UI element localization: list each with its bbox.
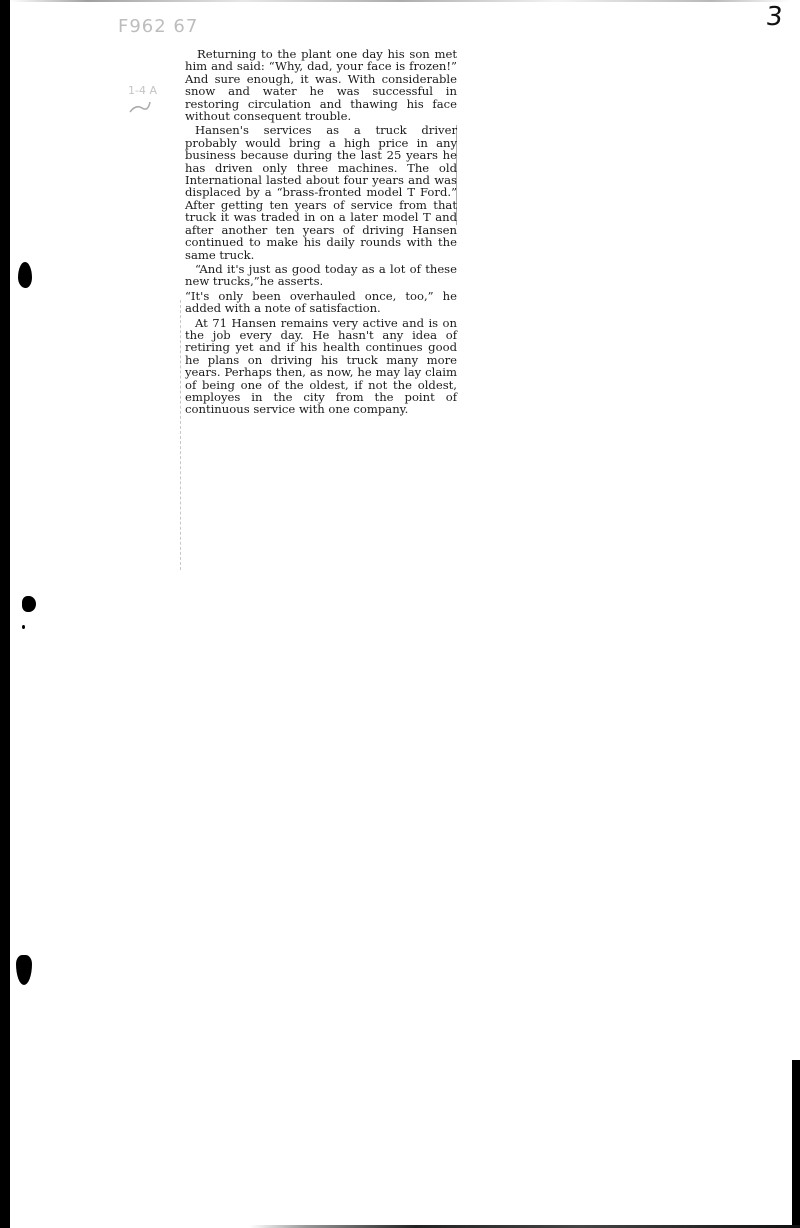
binder-hole-dot <box>22 625 25 629</box>
article-paragraph: Hansen's services as a truck driver prob… <box>185 124 457 260</box>
binder-hole-mark <box>22 596 36 612</box>
binder-hole-mark <box>16 955 32 985</box>
article-paragraph: “It's only been overhauled once, too,” h… <box>185 290 457 315</box>
article-paragraph: At 71 Hansen remains very active and is … <box>185 317 457 416</box>
pencil-margin-note: 1-4 A <box>128 84 157 97</box>
article-paragraph: Returning to the plant one day his son m… <box>185 48 457 122</box>
scan-edge-top <box>10 0 790 2</box>
pencil-catalog-note: F962 67 <box>118 16 198 37</box>
scanned-page: 3 F962 67 1-4 A Returning to the plant o… <box>0 0 800 1228</box>
article-paragraph: “And it's just as good today as a lot of… <box>185 263 457 288</box>
binder-hole-mark <box>18 262 32 288</box>
scan-edge-right <box>792 1060 800 1228</box>
newspaper-clipping: Returning to the plant one day his son m… <box>185 48 457 418</box>
pencil-scribble-icon <box>128 100 152 116</box>
scan-edge-left <box>0 0 10 1228</box>
clipping-edge-left <box>180 300 182 570</box>
page-number: 3 <box>764 2 784 32</box>
